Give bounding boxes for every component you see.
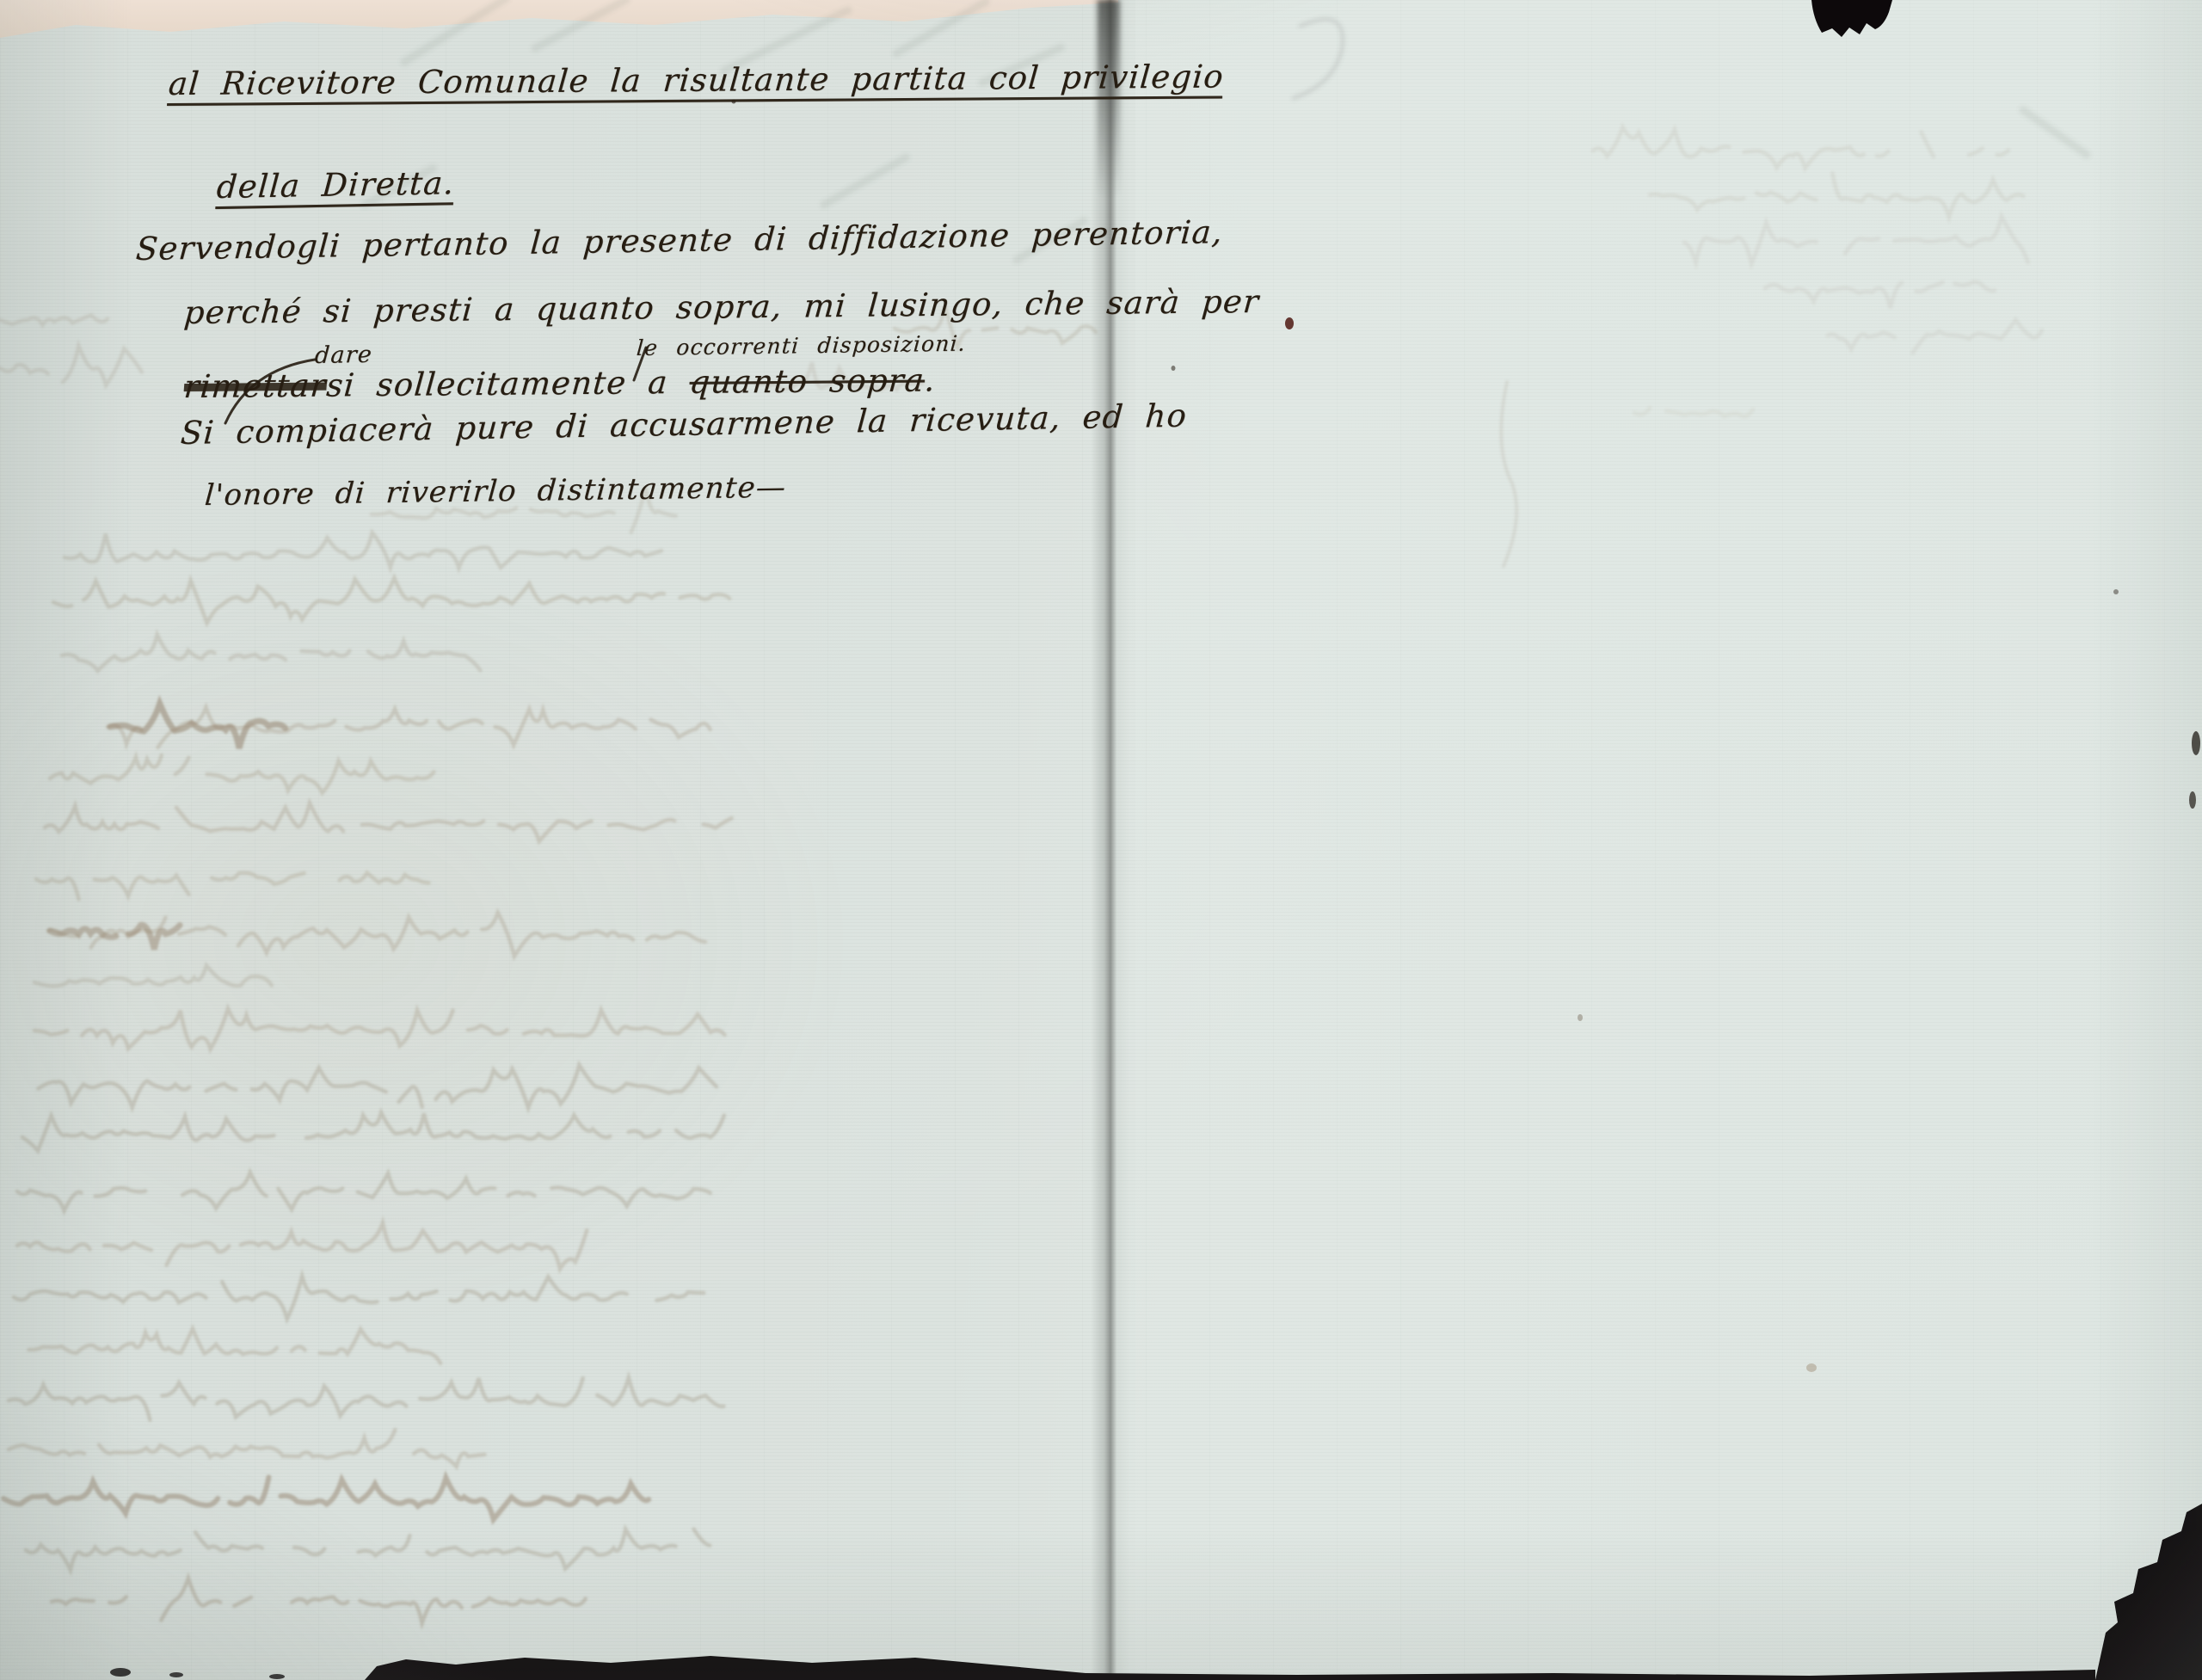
line5-rest: si sollecitamente a bbox=[325, 364, 691, 404]
handwritten-line-2: della Diretta. bbox=[215, 164, 455, 206]
interlinear-insertion-disposizioni: le occorrenti disposizioni. bbox=[636, 331, 967, 360]
handwritten-line-7: l'onore di riverirlo distintamente— bbox=[204, 471, 788, 513]
struck-word-rimettar: rimettar bbox=[182, 367, 328, 405]
handwritten-text-block: al Ricevitore Comunale la risultante par… bbox=[0, 0, 2202, 1680]
handwritten-line-4: perché si presti a quanto sopra, mi lusi… bbox=[182, 283, 1260, 331]
struck-words-quanto-sopra: quanto sopra bbox=[688, 361, 926, 400]
handwritten-line-3: Servendogli pertanto la presente di diff… bbox=[134, 213, 1224, 268]
handwritten-line-1: al Ricevitore Comunale la risultante par… bbox=[167, 58, 1225, 102]
interlinear-insertion-dare: dare bbox=[314, 342, 373, 369]
handwritten-line-6: Si compiacerà pure di accusarmene la ric… bbox=[179, 397, 1188, 452]
manuscript-photo: al Ricevitore Comunale la risultante par… bbox=[0, 0, 2202, 1680]
handwritten-line-5: rimettarsi sollecitamente a quanto sopra… bbox=[182, 361, 937, 405]
line5-period: . bbox=[923, 361, 937, 398]
